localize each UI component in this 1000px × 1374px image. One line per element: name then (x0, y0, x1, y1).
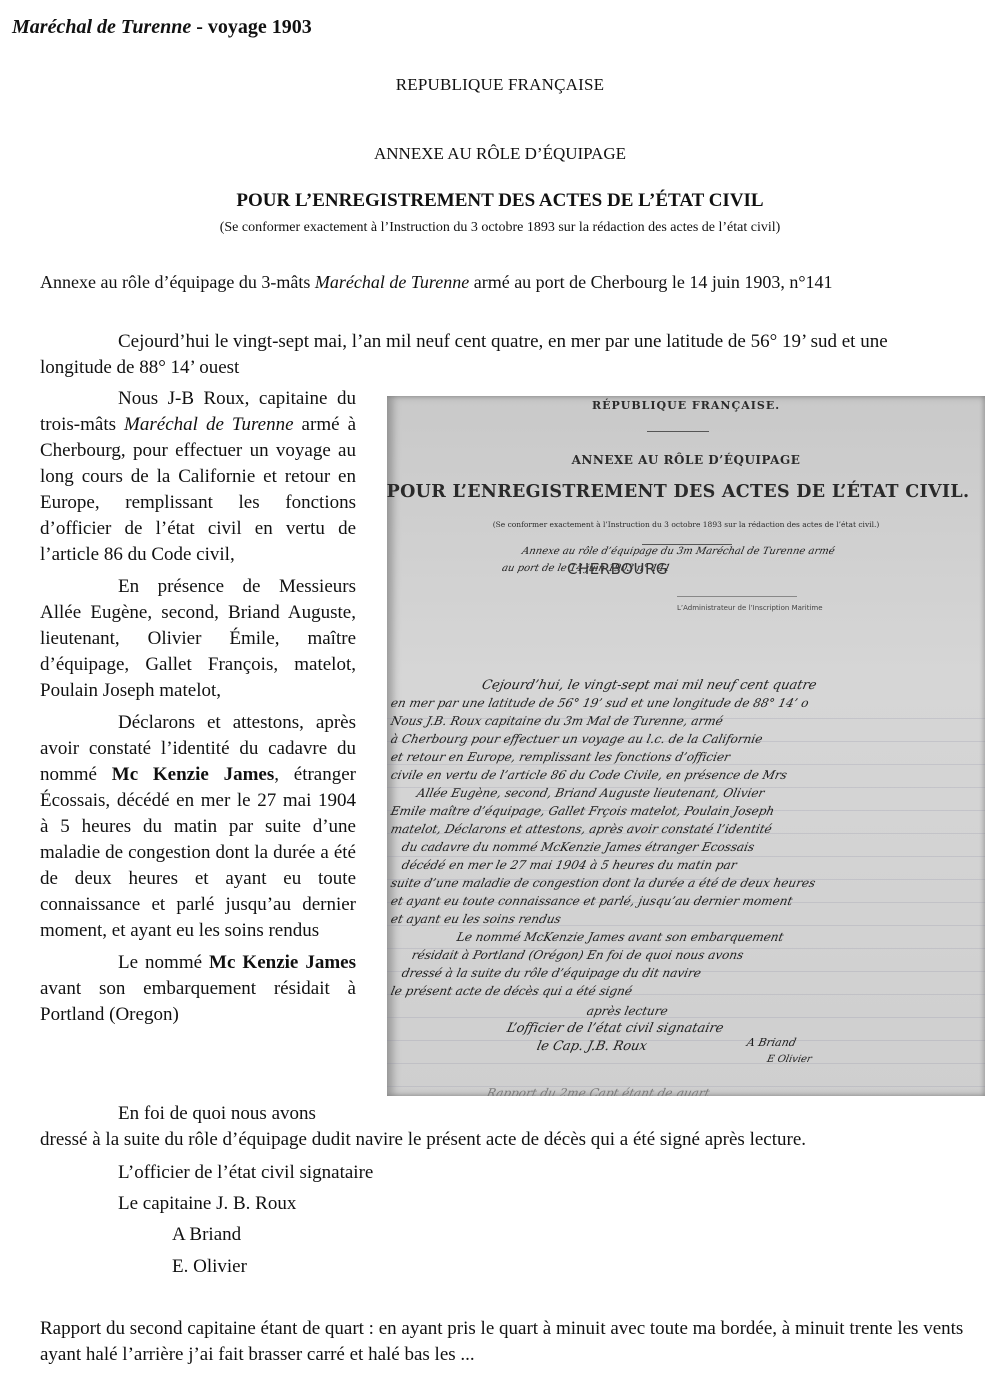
intro-before: Annexe au rôle d’équipage du 3-mâts (40, 272, 315, 292)
form-subtitle: (Se conformer exactement à l’Instruction… (0, 220, 1000, 236)
scan-handwriting-line: L’officier de l’état civil signataire (505, 1021, 725, 1036)
scanned-document-image: RÉPUBLIQUE FRANÇAISE. ANNEXE AU RÔLE D’É… (387, 396, 985, 1096)
deceased-name: Mc Kenzie James (112, 764, 274, 785)
scan-port-stamp: CHERBOURG (567, 560, 668, 578)
intro-line: Annexe au rôle d’équipage du 3-mâts Maré… (40, 272, 833, 293)
scan-handwriting-line: civile en vertu de l’article 86 du Code … (390, 768, 789, 782)
scan-handwriting-line: le Cap. J.B. Roux (535, 1039, 648, 1054)
intro-ship: Maréchal de Turenne (315, 272, 469, 292)
scan-handwriting-line: en mer par une latitude de 56° 19’ sud e… (390, 696, 811, 710)
scan-handwriting-line: et ayant eu toute connaissance et parlé,… (390, 894, 794, 908)
scan-handwriting-line: et ayant eu les soins rendus (390, 912, 563, 926)
form-annexe: ANNEXE AU RÔLE D’ÉQUIPAGE (0, 144, 1000, 164)
paragraph-cejourdhui: Cejourd’hui le vingt-sept mai, l’an mil … (40, 329, 940, 381)
scan-handwriting-line: Allée Eugène, second, Briand Auguste lie… (416, 786, 766, 800)
signature-capitaine: Le capitaine J. B. Roux (118, 1193, 296, 1215)
scan-handwriting-line: décédé en mer le 27 mai 1904 à 5 heures … (401, 858, 739, 872)
scan-heading: POUR L’ENREGISTREMENT DES ACTES DE L’ÉTA… (387, 482, 977, 502)
closing-en-foi: En foi de quoi nous avons (118, 1103, 316, 1125)
paragraph-nous: Nous J-B Roux, capitaine du trois-mâts M… (40, 386, 356, 568)
scan-handwriting-line: A Briand (746, 1036, 798, 1049)
nomme-a: Le nommé (118, 952, 209, 973)
scan-handwriting-line: dressé à la suite du rôle d’équipage du … (401, 966, 703, 980)
paragraph-declarons: Déclarons et attestons, après avoir cons… (40, 710, 356, 944)
nous-ship: Maréchal de Turenne (124, 414, 293, 435)
scan-rule (677, 596, 797, 597)
scan-handwriting-line: suite d’une maladie de congestion dont l… (390, 876, 817, 890)
form-republique: REPUBLIQUE FRANÇAISE (0, 75, 1000, 95)
scan-annexe: ANNEXE AU RÔLE D’ÉQUIPAGE (387, 453, 985, 467)
scan-handwriting-line: à Cherbourg pour effectuer un voyage au … (390, 732, 764, 746)
nomme-name: Mc Kenzie James (209, 952, 356, 973)
scan-rule (647, 431, 709, 432)
scan-rule (642, 544, 732, 545)
page-title: Maréchal de Turenne - voyage 1903 (12, 16, 312, 39)
scan-handwriting-line: après lecture (586, 1004, 670, 1018)
scan-handwriting-line: du cadavre du nommé McKenzie James étran… (401, 840, 756, 854)
scan-republique: RÉPUBLIQUE FRANÇAISE. (387, 399, 985, 412)
scan-handwriting-line: Emile maître d’équipage, Gallet Frçois m… (390, 804, 776, 818)
scan-administrateur: L’Administrateur de l’Inscription Mariti… (677, 604, 823, 612)
paragraph-presence: En présence de Messieurs Allée Eugène, s… (40, 574, 356, 704)
closing-dresse: dressé à la suite du rôle d’équipage dud… (40, 1129, 806, 1151)
nomme-b: avant son embarquement résidait à Portla… (40, 978, 356, 1025)
scan-handwriting-line: et retour en Europe, remplissant les fon… (390, 750, 732, 764)
scan-handwriting-line: Nous J.B. Roux capitaine du 3m Mal de Tu… (390, 714, 725, 728)
scan-handwriting-line: E Olivier (766, 1054, 813, 1065)
scan-handwriting-line: Rapport du 2me Capt étant de quart (486, 1086, 711, 1096)
page-title-ship: Maréchal de Turenne (12, 16, 191, 38)
intro-after: armé au port de Cherbourg le 14 juin 190… (469, 272, 832, 292)
form-heading: POUR L’ENREGISTREMENT DES ACTES DE L’ÉTA… (0, 190, 1000, 212)
scan-handwriting-line: Annexe au rôle d’équipage du 3m Maréchal… (521, 546, 836, 557)
scan-handwriting-line: matelot, Déclarons et attestons, après a… (390, 822, 774, 836)
scan-handwriting-line: le présent acte de décès qui a été signé (390, 984, 634, 998)
scan-handwriting-line: Cejourd’hui, le vingt-sept mai mil neuf … (480, 678, 818, 693)
scan-subtitle: (Se conformer exactement à l’Instruction… (387, 520, 985, 529)
rapport-second-capitaine: Rapport du second capitaine étant de qua… (40, 1316, 980, 1368)
signature-officier: L’officier de l’état civil signataire (118, 1162, 373, 1184)
paragraph-nomme: Le nommé Mc Kenzie James avant son embar… (40, 950, 356, 1028)
scan-handwriting-line: Le nommé McKenzie James avant son embarq… (456, 930, 785, 944)
transcription-column: Nous J-B Roux, capitaine du trois-mâts M… (40, 386, 356, 1034)
signature-briand: A Briand (172, 1224, 241, 1246)
declarons-b: , étranger Écossais, décédé en mer le 27… (40, 764, 356, 941)
signature-olivier: E. Olivier (172, 1256, 247, 1278)
nous-b: armé à Cherbourg, pour effectuer un voya… (40, 414, 356, 565)
scan-handwriting-line: résidait à Portland (Orégon) En foi de q… (411, 948, 745, 962)
page-title-rest: - voyage 1903 (191, 16, 312, 38)
